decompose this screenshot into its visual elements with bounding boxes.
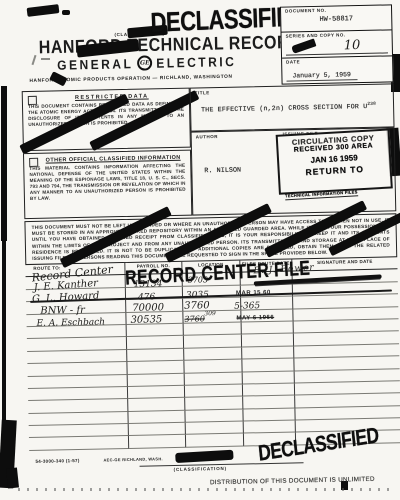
series-copy-label: SERIES AND COPY NO.: [286, 31, 388, 38]
company-word: GENERAL: [57, 56, 133, 73]
document-id-box: DOCUMENT NO. HW-58817 SERIES AND COPY NO…: [280, 4, 394, 84]
classification-label-bottom: (CLASSIFICATION): [174, 466, 227, 472]
date-field: DATE January 5, 1959: [282, 56, 392, 83]
scan-edge-mark: [2, 240, 6, 425]
title-value: THE EFFECTIVE (n,2n) CROSS SECTION FOR U…: [201, 101, 389, 113]
column-header-payroll-no: PAYROLL NO.: [125, 262, 182, 276]
company-word: ELECTRIC: [156, 53, 236, 70]
handling-notice-box: THIS DOCUMENT MUST NOT BE LEFT UNATTENDE…: [24, 213, 397, 265]
title-main: THE EFFECTIVE (n,2n) CROSS SECTION FOR U: [201, 103, 367, 113]
document-no-label: DOCUMENT NO.: [285, 6, 387, 13]
column-header-location: LOCATION: [182, 261, 240, 275]
title-superscript: 238: [367, 102, 376, 107]
document-no-value: HW-58817: [285, 14, 387, 24]
ink-mark: [291, 38, 316, 53]
document-sheet: (CLASSIFICATION) DECLASSIFIED HANFORD TE…: [18, 0, 400, 497]
document-no-field: DOCUMENT NO. HW-58817: [281, 5, 391, 32]
scanned-document-page: (CLASSIFICATION) DECLASSIFIED HANFORD TE…: [0, 0, 400, 500]
routing-table: ROUTE TO: PAYROLL NO. LOCATION FILES ROU…: [25, 257, 400, 453]
scan-edge-mark: [6, 467, 19, 488]
form-origin: AEC-GE RICHLAND, WASH.: [103, 456, 163, 462]
series-copy-field: SERIES AND COPY NO. 10: [282, 30, 393, 58]
classified-info-text: THIS MATERIAL CONTAINS INFORMATION AFFEC…: [29, 163, 186, 202]
company-name: GENERAL GE ELECTRIC: [57, 54, 236, 73]
series-copy-value: 10: [344, 38, 361, 53]
scan-edge-mark: [1, 86, 7, 241]
title-field: TITLE THE EFFECTIVE (n,2n) CROSS SECTION…: [190, 83, 395, 131]
date-value: January 5, 1959: [286, 71, 357, 81]
form-number: 54-3000-340 (1-57): [35, 458, 79, 464]
circulating-copy-stamp: CIRCULATING COPY RECEIVED 300 AREA JAN 1…: [276, 128, 393, 194]
distribution-statement: DISTRIBUTION OF THIS DOCUMENT IS UNLIMIT…: [210, 476, 375, 486]
title-label: TITLE: [195, 86, 389, 95]
redaction-blob: [49, 71, 67, 86]
classified-info-checkbox[interactable]: [29, 158, 38, 167]
redaction-blob: [175, 450, 233, 463]
rule-line: [286, 52, 388, 55]
column-header-files-route-date: FILES ROUTE DATE: [240, 259, 292, 272]
date-label: DATE: [286, 57, 388, 64]
routing-table-body: [26, 270, 400, 451]
ge-logo-icon: GE: [137, 55, 152, 70]
restricted-data-box: RESTRICTED DATA THIS DOCUMENT CONTAINS R…: [22, 88, 191, 152]
restricted-data-checkbox[interactable]: [28, 96, 37, 105]
